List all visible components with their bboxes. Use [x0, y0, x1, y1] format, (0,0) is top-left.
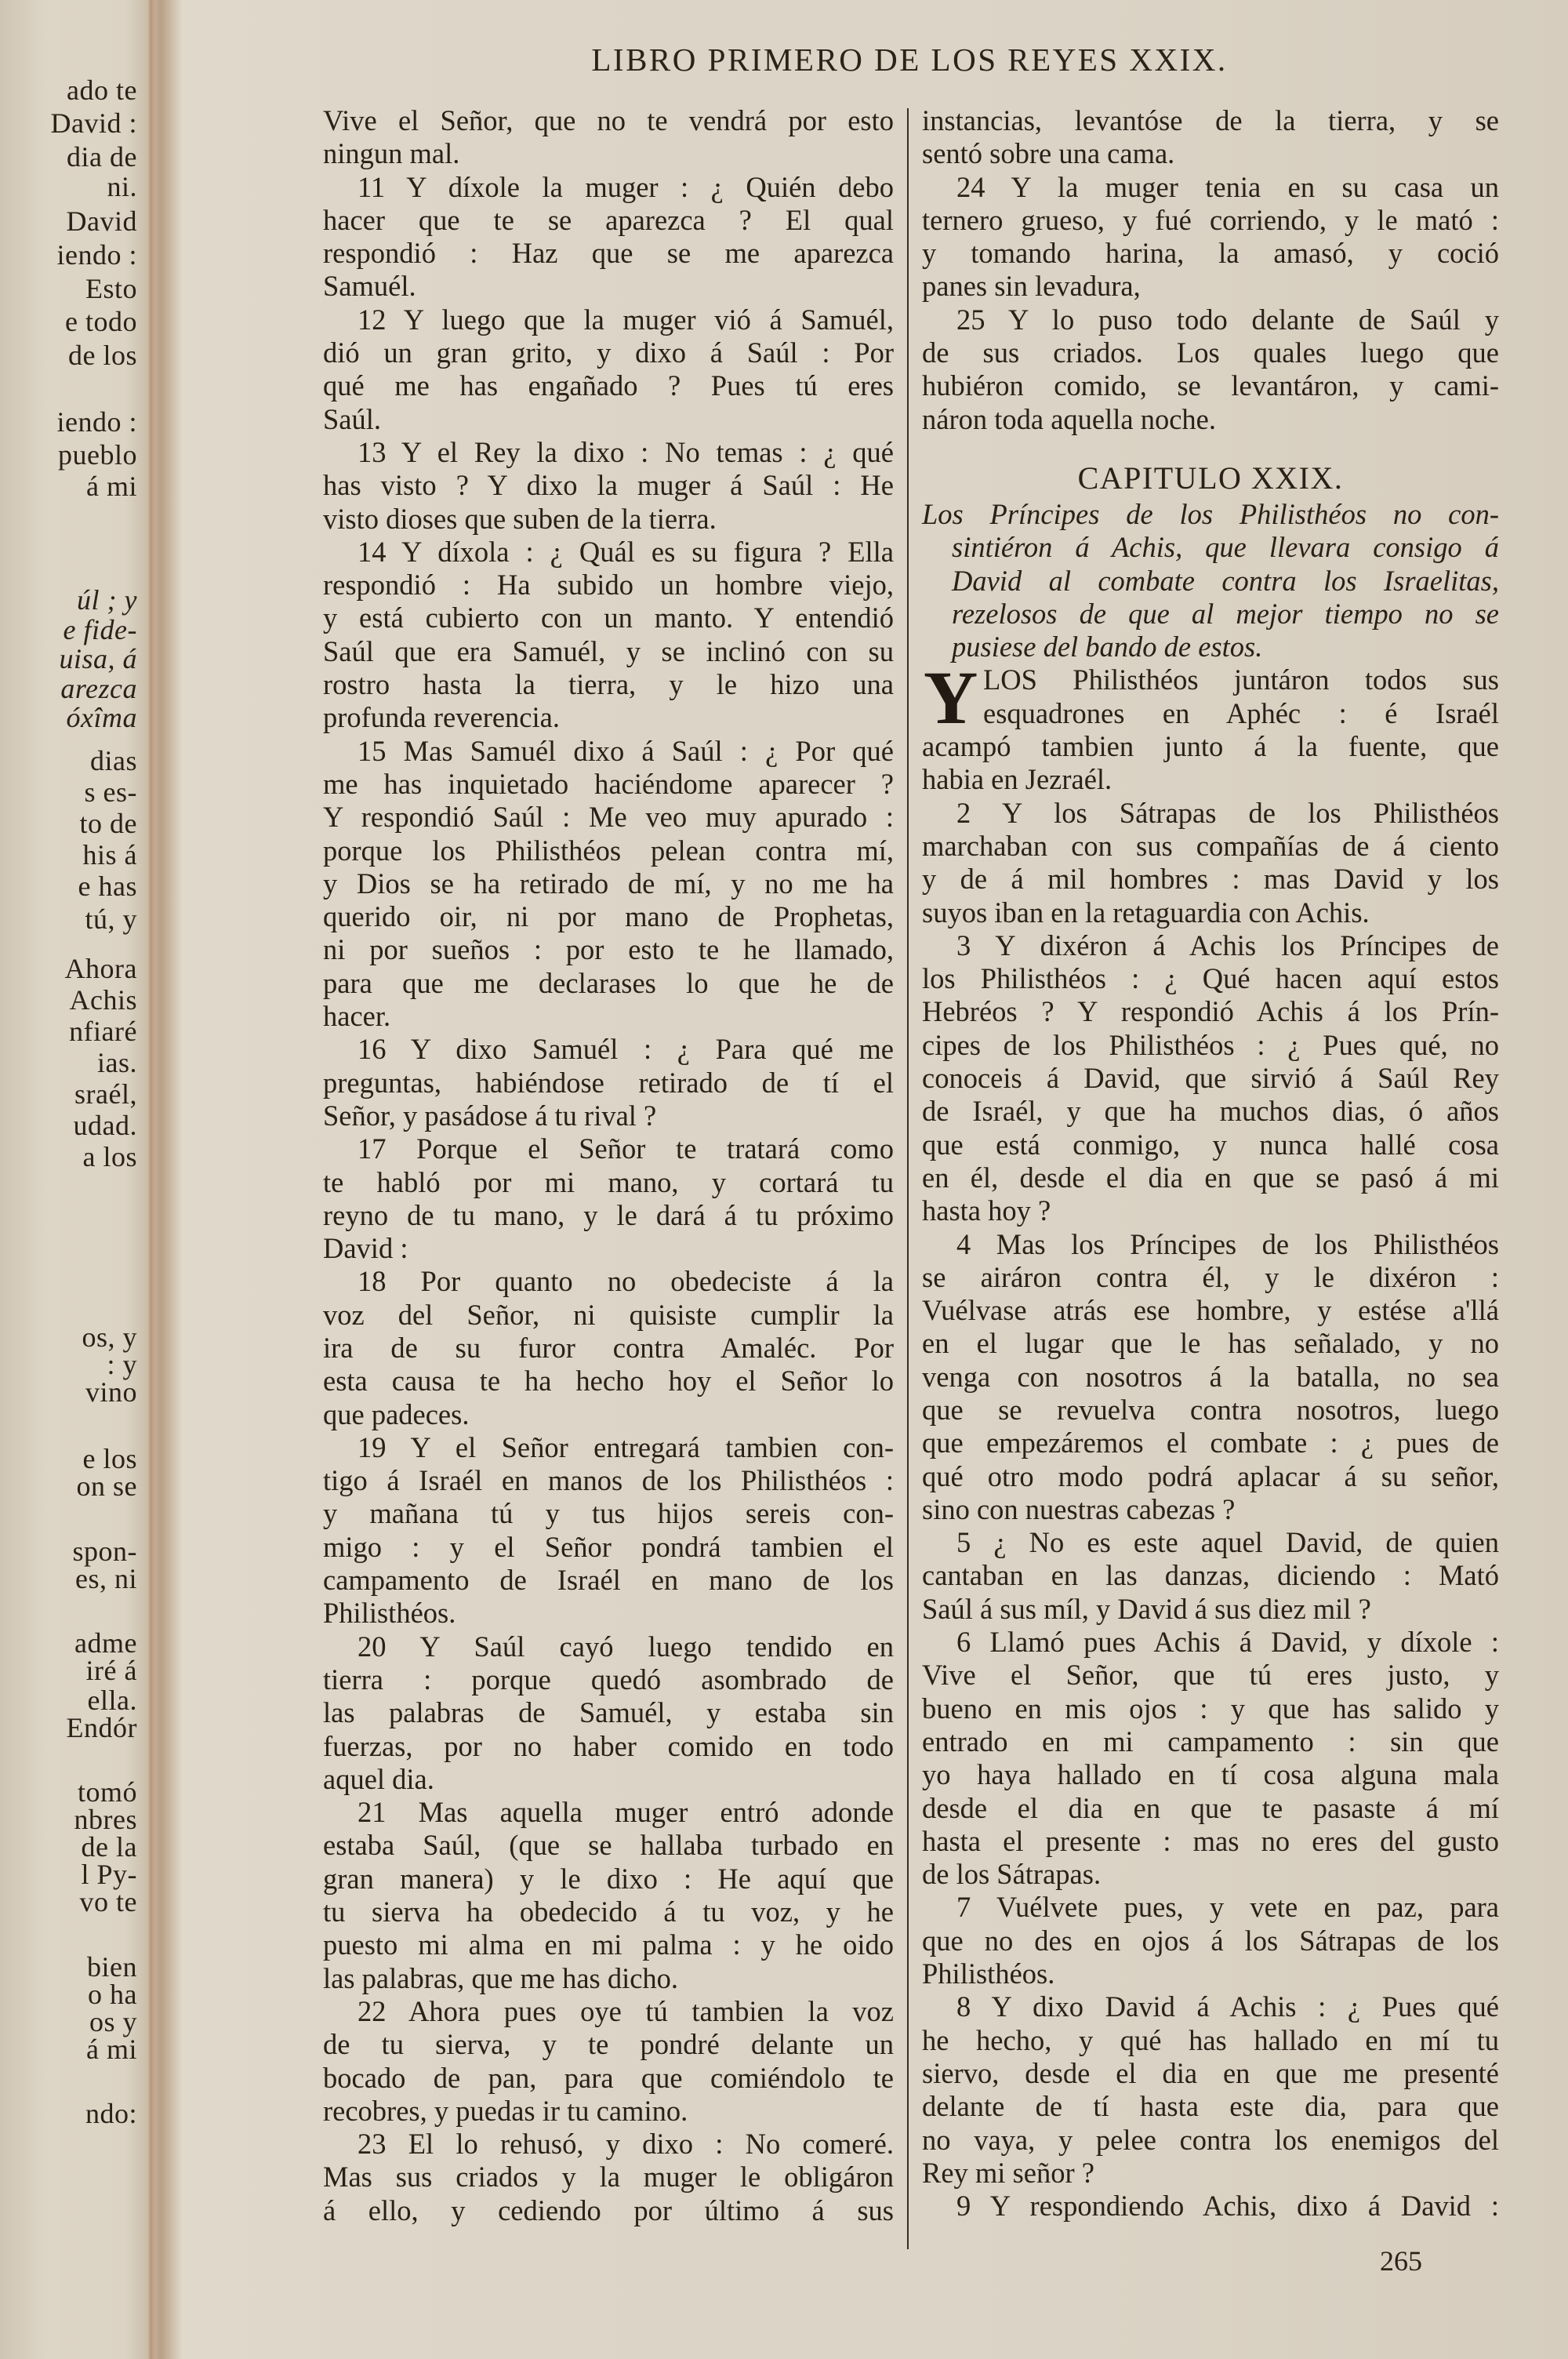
previous-page-line: bien: [87, 1951, 137, 1983]
left-text-column: Vive el Señor, que no te vendrá por esto…: [323, 104, 894, 2227]
text-line: rezelosos de que al mejor tiempo no se: [922, 598, 1499, 631]
text-line: que padeces.: [323, 1398, 894, 1431]
previous-page-line: úl ; y: [77, 584, 137, 616]
text-line: y tomando harina, la amasó, y coció: [922, 237, 1499, 270]
text-line: hasta hoy ?: [922, 1194, 1499, 1227]
previous-page-line: s es-: [85, 776, 138, 808]
text-line: 16 Y dixo Samuél : ¿ Para qué me: [323, 1033, 894, 1066]
previous-page-line: uisa, á: [59, 643, 137, 674]
text-line: Mas sus criados y la muger le obligáron: [323, 2161, 894, 2194]
text-line: Hebréos ? Y respondió Achis á los Prín-: [922, 995, 1499, 1028]
text-line: cipes de los Philisthéos : ¿ Pues qué, n…: [922, 1029, 1499, 1062]
text-line: 8 Y dixo David á Achis : ¿ Pues qué: [922, 1990, 1499, 2023]
text-line: David al combate contra los Israelitas,: [922, 565, 1499, 598]
previous-page-line: ado te: [67, 75, 137, 106]
text-line: porque los Philisthéos pelean contra mí,: [323, 834, 894, 867]
text-line: 14 Y díxola : ¿ Quál es su figura ? Ella: [323, 536, 894, 569]
previous-page-line: ias.: [97, 1047, 137, 1078]
text-line: querido oir, ni por mano de Prophetas,: [323, 900, 894, 933]
text-line: esta causa te ha hecho hoy el Señor lo: [323, 1365, 894, 1398]
text-line: 18 Por quanto no obedeciste á la: [323, 1265, 894, 1298]
text-line: 25 Y lo puso todo delante de Saúl y: [922, 304, 1499, 336]
previous-page-line: de la: [82, 1831, 137, 1863]
text-line: puesto mi alma en mi palma : y he oido: [323, 1928, 894, 1961]
text-line: tu sierva ha obedecido á tu voz, y he: [323, 1896, 894, 1928]
previous-page-line: e has: [78, 871, 137, 902]
text-line: que se revuelva contra nosotros, luego: [922, 1394, 1499, 1427]
text-line: Philisthéos.: [922, 1957, 1499, 1990]
previous-page-line: : y: [107, 1349, 137, 1380]
text-line: y Dios se ha retirado de mí, y no me ha: [323, 867, 894, 900]
previous-page-line: tú, y: [85, 903, 137, 935]
previous-page-line: a los: [83, 1141, 138, 1172]
text-line: campamento de Israél en mano de los: [323, 1564, 894, 1597]
previous-page-line: to de: [80, 808, 137, 839]
previous-page-line: nbres: [74, 1804, 137, 1835]
text-line: LOS Philisthéos juntáron todos sus: [922, 663, 1499, 696]
previous-page-line: l Py-: [81, 1859, 137, 1890]
text-line: de sus criados. Los quales luego que: [922, 336, 1499, 369]
chapter-summary: Los Príncipes de los Philisthéos no con-…: [922, 498, 1499, 663]
text-line: estaba Saúl, (que se hallaba turbado en: [323, 1829, 894, 1862]
text-line: migo : y el Señor pondrá tambien el: [323, 1531, 894, 1564]
text-line: sentó sobre una cama.: [922, 137, 1499, 170]
text-line: bocado de pan, para que comiéndolo te: [323, 2062, 894, 2095]
text-line: 12 Y luego que la muger vió á Samuél,: [323, 304, 894, 336]
text-line: de tu sierva, y te pondré delante un: [323, 2028, 894, 2061]
text-line: 9 Y respondiendo Achis, dixo á David :: [922, 2190, 1499, 2223]
text-line: en él, desde el dia en que se pasó á mi: [922, 1161, 1499, 1194]
previous-page-line: his á: [83, 839, 138, 871]
text-line: 22 Ahora pues oye tú tambien la voz: [323, 1995, 894, 2028]
chapter-heading: CAPITULO XXIX.: [922, 455, 1499, 498]
previous-page-line: Ahora: [65, 953, 137, 984]
column-divider-rule: [907, 108, 909, 2249]
text-line: qué me has engañado ? Pues tú eres: [323, 369, 894, 402]
text-line: preguntas, habiéndose retirado de tí el: [323, 1067, 894, 1100]
text-line: de Israél, y que ha muchos dias, ó años: [922, 1095, 1499, 1128]
text-line: suyos iban en la retaguardia con Achis.: [922, 896, 1499, 929]
previous-page-line: ella.: [88, 1685, 137, 1716]
text-line: ningun mal.: [323, 137, 894, 170]
text-line: Y respondió Saúl : Me veo muy apurado :: [323, 801, 894, 834]
drop-cap-initial: Y: [924, 667, 978, 729]
text-line: visto dioses que suben de la tierra.: [323, 503, 894, 536]
previous-page-line: dias: [90, 745, 137, 776]
text-line: 2 Y los Sátrapas de los Philisthéos: [922, 797, 1499, 830]
previous-page-line: David :: [51, 107, 137, 139]
right-text-column: instancias, levantóse de la tierra, y se…: [922, 104, 1499, 2223]
text-line: Los Príncipes de los Philisthéos no con-: [922, 498, 1499, 531]
text-line: 4 Mas los Príncipes de los Philisthéos: [922, 1228, 1499, 1261]
text-line: te habló por mi mano, y cortará tu: [323, 1166, 894, 1199]
text-line: has visto ? Y dixo la muger á Saúl : He: [323, 469, 894, 502]
chapter-28-ending: instancias, levantóse de la tierra, y se…: [922, 104, 1499, 436]
text-line: 20 Y Saúl cayó luego tendido en: [323, 1630, 894, 1663]
text-line: 24 Y la muger tenia en su casa un: [922, 171, 1499, 204]
text-line: á ello, y cediendo por último á sus: [323, 2194, 894, 2227]
text-line: yo haya hallado en tí cosa alguna mala: [922, 1758, 1499, 1791]
text-line: Vuélvase atrás ese hombre, y estése a'll…: [922, 1294, 1499, 1327]
text-line: aquel dia.: [323, 1763, 894, 1796]
text-line: sino con nuestras cabezas ?: [922, 1493, 1499, 1526]
previous-page-line: e los: [83, 1443, 138, 1474]
text-line: Samuél.: [323, 270, 894, 303]
previous-page-line: udad.: [74, 1110, 137, 1141]
text-line: respondió : Ha subido un hombre viejo,: [323, 569, 894, 602]
previous-page-line: Esto: [85, 273, 137, 304]
text-line: Saúl que era Samuél, y se inclinó con su: [323, 635, 894, 668]
text-line: 23 El lo rehusó, y dixo : No comeré.: [323, 2128, 894, 2161]
text-line: qué otro modo podrá aplacar á su señor,: [922, 1460, 1499, 1493]
text-line: fuerzas, por no haber comido en todo: [323, 1730, 894, 1763]
text-line: 6 Llamó pues Achis á David, y díxole :: [922, 1626, 1499, 1659]
text-line: habia en Jezraél.: [922, 763, 1499, 796]
text-line: siervo, desde el dia en que me presenté: [922, 2057, 1499, 2090]
previous-page-line: á mi: [86, 2034, 137, 2065]
previous-page-line: Achis: [70, 984, 138, 1016]
text-line: he hecho, y qué has hallado en mí tu: [922, 2024, 1499, 2057]
text-line: Philisthéos.: [323, 1597, 894, 1630]
text-line: conoceis á David, que sirvió á Saúl Rey: [922, 1062, 1499, 1095]
previous-page-line: ni.: [107, 171, 137, 202]
text-line: 3 Y dixéron á Achis los Príncipes de: [922, 929, 1499, 962]
text-line: Vive el Señor, que no te vendrá por esto: [323, 104, 894, 137]
text-line: hubiéron comido, se levantáron, y cami-: [922, 369, 1499, 402]
text-line: 5 ¿ No es este aquel David, de quien: [922, 1526, 1499, 1559]
previous-page-line: e todo: [65, 306, 137, 337]
previous-page-line: e fide-: [64, 614, 137, 645]
text-line: voz del Señor, ni quisiste cumplir la: [323, 1299, 894, 1332]
text-line: 7 Vuélvete pues, y vete en paz, para: [922, 1891, 1499, 1924]
text-line: hacer.: [323, 1000, 894, 1033]
text-line: hasta el presente : mas no eres del gust…: [922, 1825, 1499, 1858]
text-line: sintiéron á Achis, que llevara consigo á: [922, 531, 1499, 564]
previous-page-line: óxîma: [67, 702, 137, 733]
text-line: tierra : porque quedó asombrado de: [323, 1663, 894, 1696]
text-line: náron toda aquella noche.: [922, 403, 1499, 436]
text-line: 17 Porque el Señor te tratará como: [323, 1132, 894, 1165]
previous-page-line: sraél,: [74, 1078, 137, 1110]
text-line: ni por sueños : por esto te he llamado,: [323, 933, 894, 966]
text-line: rostro hasta la tierra, y le hizo una: [323, 668, 894, 701]
previous-page-line: iré á: [86, 1655, 137, 1686]
previous-page-line: pueblo: [58, 439, 137, 471]
text-line: 21 Mas aquella muger entró adonde: [323, 1796, 894, 1829]
text-line: que está conmigo, y nunca hallé cosa: [922, 1129, 1499, 1161]
text-line: ira de su furor contra Amaléc. Por: [323, 1332, 894, 1365]
previous-page-line: os y: [89, 2006, 137, 2037]
text-line: entrado en mi campamento : sin que: [922, 1725, 1499, 1758]
text-line: para que me declarases lo que he de: [323, 967, 894, 1000]
drop-cap-lines: LOS Philisthéos juntáron todos susesquad…: [922, 663, 1499, 730]
text-line: David :: [323, 1232, 894, 1265]
text-line: ternero grueso, y fué corriendo, y le ma…: [922, 204, 1499, 237]
text-line: las palabras, que me has dicho.: [323, 1962, 894, 1995]
text-line: Saúl.: [323, 403, 894, 436]
previous-page-line: arezca: [60, 673, 137, 704]
previous-page-line: adme: [74, 1627, 137, 1659]
text-line: los Philisthéos : ¿ Qué hacen aquí estos: [922, 962, 1499, 995]
text-line: 19 Y el Señor entregará tambien con-: [323, 1431, 894, 1464]
text-line: tigo á Israél en manos de los Philisthéo…: [323, 1464, 894, 1497]
text-line: respondió : Haz que se me aparezca: [323, 237, 894, 270]
text-line: de los Sátrapas.: [922, 1858, 1499, 1891]
text-line: esquadrones en Aphéc : é Israél: [922, 697, 1499, 730]
text-line: panes sin levadura,: [922, 270, 1499, 303]
text-line: 15 Mas Samuél dixo á Saúl : ¿ Por qué: [323, 735, 894, 768]
text-line: delante de tí hasta este dia, para que: [922, 2090, 1499, 2123]
previous-page-line: Endór: [67, 1712, 137, 1743]
text-line: en el lugar que le has señalado, y no: [922, 1327, 1499, 1360]
previous-page-line: tomó: [78, 1776, 137, 1808]
previous-page-line: ndo:: [85, 2098, 137, 2129]
text-line: instancias, levantóse de la tierra, y se: [922, 104, 1499, 137]
text-line: pusiese del bando de estos.: [922, 631, 1499, 663]
previous-page-line: vino: [85, 1376, 137, 1408]
text-line: y de á mil hombres : mas David y los: [922, 863, 1499, 896]
text-line: no vaya, y pelee contra los enemigos del: [922, 2124, 1499, 2157]
text-line: reyno de tu mano, y le dará á tu próximo: [323, 1199, 894, 1232]
text-line: que empezáremos el combate : ¿ pues de: [922, 1427, 1499, 1459]
text-line: profunda reverencia.: [323, 701, 894, 734]
page-number: 265: [1380, 2245, 1422, 2277]
text-line: bueno en mis ojos : y que has salido y: [922, 1692, 1499, 1725]
text-line: las palabras de Samuél, y estaba sin: [323, 1696, 894, 1729]
text-line: recobres, y puedas ir tu camino.: [323, 2095, 894, 2128]
book-page: ado teDavid :dia deni.Davidiendo :Estoe …: [0, 0, 1568, 2359]
text-line: y está cubierto con un manto. Y entendió: [323, 602, 894, 634]
text-line: venga con nosotros á la batalla, no sea: [922, 1361, 1499, 1394]
previous-page-line: es, ni: [75, 1563, 137, 1594]
text-line: Saúl á sus míl, y David á sus diez mil ?: [922, 1593, 1499, 1626]
previous-page-line: á mi: [86, 471, 137, 502]
text-line: dió un gran grito, y dixo á Saúl : Por: [323, 336, 894, 369]
chapter-opening: Y LOS Philisthéos juntáron todos susesqu…: [922, 663, 1499, 730]
previous-page-fragment: ado teDavid :dia deni.Davidiendo :Estoe …: [0, 0, 137, 2359]
text-line: Vive el Señor, que tú eres justo, y: [922, 1659, 1499, 1692]
previous-page-line: o ha: [88, 1979, 137, 2010]
previous-page-line: spon-: [73, 1536, 138, 1567]
text-line: 13 Y el Rey la dixo : No temas : ¿ qué: [323, 436, 894, 469]
previous-page-line: iendo :: [57, 239, 137, 271]
text-line: Señor, y pasádose á tu rival ?: [323, 1100, 894, 1132]
text-line: acampó tambien junto á la fuente, que: [922, 730, 1499, 763]
text-line: que no des en ojos á los Sátrapas de los: [922, 1925, 1499, 1957]
previous-page-line: nfiaré: [69, 1016, 137, 1047]
running-header: LIBRO PRIMERO DE LOS REYES XXIX.: [314, 41, 1505, 78]
book-binding-gutter: [147, 0, 155, 2359]
text-line: gran manera) y le dixo : He aquí que: [323, 1863, 894, 1896]
text-line: desde el dia en que te pasaste á mí: [922, 1792, 1499, 1825]
text-line: me has inquietado haciéndome aparecer ?: [323, 768, 894, 801]
text-line: marchaban con sus compañías de á ciento: [922, 830, 1499, 863]
text-line: 11 Y díxole la muger : ¿ Quién debo: [323, 171, 894, 204]
previous-page-line: on se: [77, 1470, 138, 1502]
previous-page-line: dia de: [67, 141, 137, 173]
text-line: cantaban en las danzas, diciendo : Mató: [922, 1559, 1499, 1592]
previous-page-line: David: [67, 205, 137, 237]
chapter-29-verses: acampó tambien junto á la fuente, quehab…: [922, 730, 1499, 2223]
previous-page-line: vo te: [80, 1886, 137, 1917]
previous-page-line: de los: [68, 340, 137, 371]
previous-page-line: iendo :: [57, 406, 137, 438]
text-line: y mañana tú y tus hijos sereis con-: [323, 1497, 894, 1530]
previous-page-line: os, y: [82, 1321, 137, 1353]
text-line: se airáron contra él, y le dixéron :: [922, 1261, 1499, 1294]
text-line: hacer que te se aparezca ? El qual: [323, 204, 894, 237]
text-line: Rey mi señor ?: [922, 2157, 1499, 2190]
